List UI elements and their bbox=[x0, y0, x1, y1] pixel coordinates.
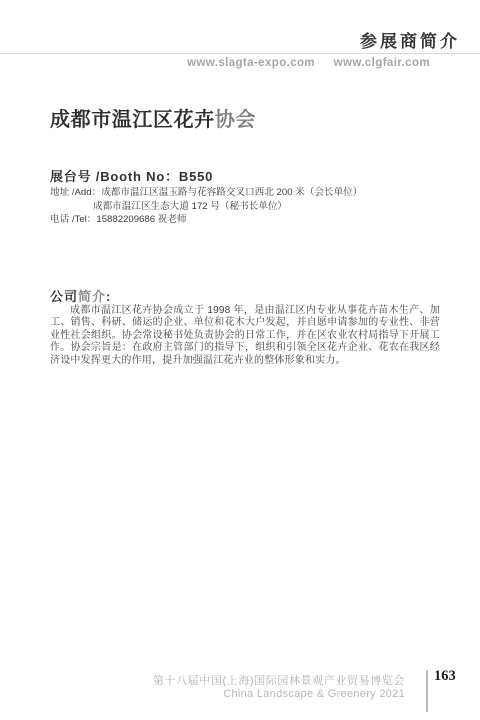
profile-body-text: 成都市温江区花卉协会成立于 1998 年，是由温江区内专业从事花卉苗木生产、加工… bbox=[50, 305, 440, 367]
booth-label: 展台号 /Booth No： bbox=[50, 169, 179, 184]
exhibitor-name: 成都市温江区花卉协会 bbox=[50, 103, 256, 132]
page-number-divider bbox=[426, 670, 428, 712]
telephone-label: 电话 /Tel： bbox=[50, 213, 96, 227]
header-urls: www.slagta-expo.com www.clgfair.com bbox=[187, 57, 430, 69]
contact-block: 地址 /Add： 成都市温江区温玉路与花容路交叉口西北 200 米（会长单位） … bbox=[50, 186, 440, 227]
url-clgfair: www.clgfair.com bbox=[334, 57, 430, 69]
footer-event-name-en: China Landscape & Greenery 2021 bbox=[223, 688, 405, 700]
profile-heading-tail: 简介 bbox=[78, 289, 106, 304]
url-slagta-expo: www.slagta-expo.com bbox=[187, 57, 315, 69]
profile-heading-main: 公司 bbox=[50, 289, 78, 304]
page-number: 163 bbox=[434, 668, 456, 685]
profile-heading: 公司简介: bbox=[50, 286, 111, 305]
telephone-value: 15882209686 祝老师 bbox=[96, 213, 186, 227]
footer-event-name-cn: 第十八届中国(上海)国际园林景观产业贸易博览会 bbox=[153, 672, 405, 688]
address-line1: 成都市温江区温玉路与花容路交叉口西北 200 米（会长单位） bbox=[101, 186, 362, 200]
exhibitor-name-main: 成都市温江区花卉 bbox=[50, 109, 215, 131]
booth-value: B550 bbox=[179, 169, 213, 184]
header-divider bbox=[0, 53, 480, 54]
address-row: 地址 /Add： 成都市温江区温玉路与花容路交叉口西北 200 米（会长单位） bbox=[50, 186, 440, 200]
section-title: 参展商简介 bbox=[360, 27, 460, 52]
profile-heading-colon: : bbox=[106, 289, 111, 304]
telephone-row: 电话 /Tel： 15882209686 祝老师 bbox=[50, 213, 440, 227]
address-label: 地址 /Add： bbox=[50, 186, 101, 200]
address-line2: 成都市温江区生态大道 172 号（秘书长单位） bbox=[93, 200, 440, 214]
catalog-page: 参展商简介 www.slagta-expo.com www.clgfair.co… bbox=[0, 0, 480, 720]
exhibitor-name-tail: 协会 bbox=[215, 109, 256, 131]
booth-number-line: 展台号 /Booth No：B550 bbox=[50, 166, 213, 185]
